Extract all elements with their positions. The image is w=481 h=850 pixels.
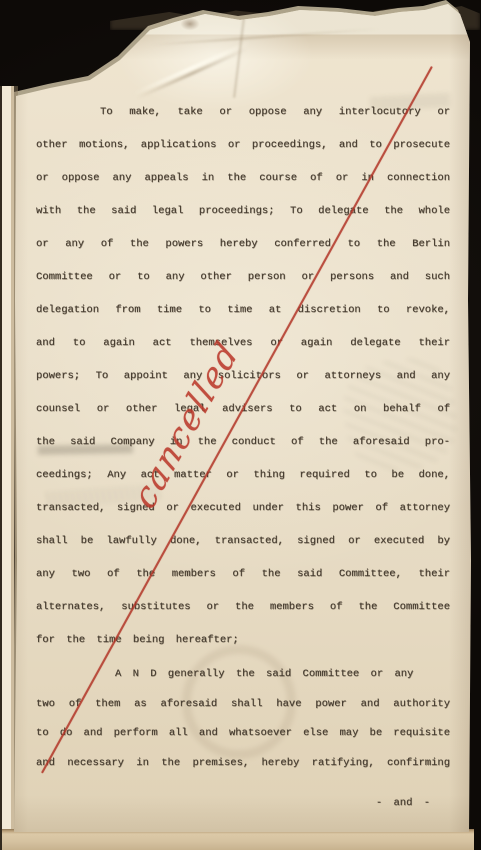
- text-line: A N D generally the said Committee or an…: [36, 660, 450, 690]
- text-line: any two of the members of the said Commi…: [36, 558, 450, 591]
- document-page: To make, take or oppose any interlocutor…: [0, 0, 481, 850]
- text-line: or any of the powers hereby conferred to…: [36, 228, 450, 261]
- text-line: To make, take or oppose any interlocutor…: [36, 96, 450, 129]
- crease-line: [150, 28, 380, 46]
- text-line: transacted, signed or executed under thi…: [36, 492, 450, 525]
- text-line: the said Company in the conduct of the a…: [36, 426, 450, 459]
- text-line: two of them as aforesaid shall have powe…: [36, 690, 450, 720]
- text-line: for the time being hereafter;: [36, 624, 450, 657]
- text-line: to do and perform all and whatsoever els…: [36, 719, 450, 749]
- crease-line: [233, 18, 245, 98]
- text-line: shall be lawfully done, transacted, sign…: [36, 525, 450, 558]
- text-line: ceedings; Any act matter or thing requir…: [36, 459, 450, 492]
- photographed-document-scene: To make, take or oppose any interlocutor…: [0, 0, 481, 850]
- text-line: with the said legal proceedings; To dele…: [36, 195, 450, 228]
- text-line: and necessary in the premises, hereby ra…: [36, 749, 450, 779]
- closing-paragraph: A N D generally the said Committee or an…: [36, 660, 450, 778]
- text-line: alternates, substitutes or the members o…: [36, 591, 450, 624]
- underlying-page-bottom: [2, 829, 474, 850]
- text-line: or oppose any appeals in the course of o…: [36, 162, 450, 195]
- catchword: - and -: [36, 791, 450, 815]
- typewritten-text-block: To make, take or oppose any interlocutor…: [36, 96, 450, 815]
- crease-shadow: [137, 48, 248, 100]
